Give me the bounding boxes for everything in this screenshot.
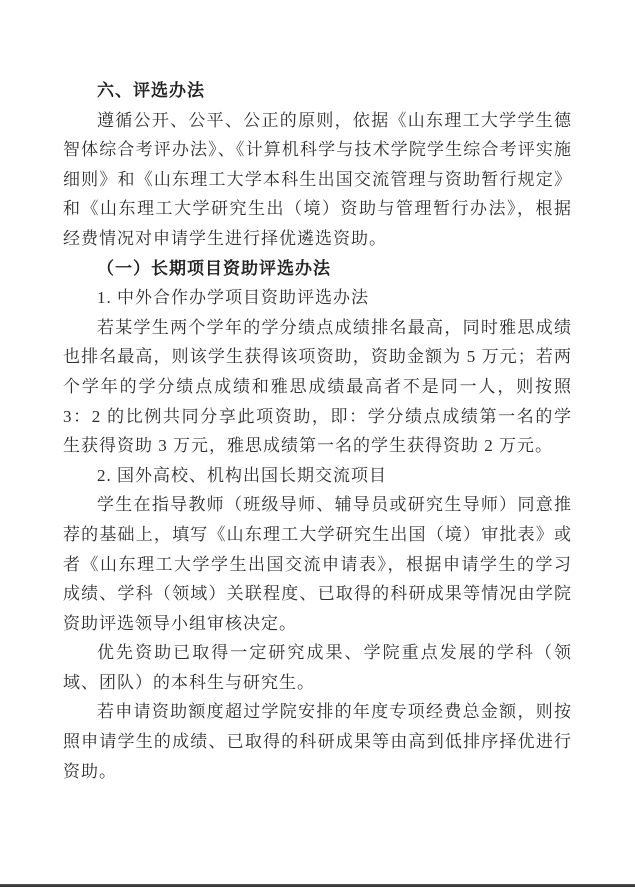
paragraph-application-procedure: 学生在指导教师（班级导师、辅导员或研究生导师）同意推荐的基础上，填写《山东理工大… <box>63 490 572 638</box>
section-heading: 六、评选办法 <box>63 76 572 106</box>
paragraph-budget-limit-ranking: 若申请资助额度超过学院安排的年度专项经费总金额，则按照申请学生的成绩、已取得的科… <box>63 697 572 786</box>
paragraph-gpa-ielts-rules: 若某学生两个学年的学分绩点成绩排名最高，同时雅思成绩也排名最高，则该学生获得该项… <box>63 313 572 461</box>
document-page: 六、评选办法 遵循公开、公平、公正的原则，依据《山东理工大学学生德智体综合考评办… <box>0 0 635 889</box>
paragraph-basis: 遵循公开、公平、公正的原则，依据《山东理工大学学生德智体综合考评办法》、《计算机… <box>63 106 572 254</box>
sub-heading-long-term-projects: （一）长期项目资助评选办法 <box>63 254 572 284</box>
page-scan-bottom-edge <box>0 884 635 887</box>
item-1-heading-sino-foreign-program: 1. 中外合作办学项目资助评选办法 <box>63 283 572 313</box>
item-2-heading-overseas-exchange-program: 2. 国外高校、机构出国长期交流项目 <box>63 461 572 491</box>
paragraph-priority-funding: 优先资助已取得一定研究成果、学院重点发展的学科（领域、团队）的本科生与研究生。 <box>63 638 572 697</box>
document-content: 六、评选办法 遵循公开、公平、公正的原则，依据《山东理工大学学生德智体综合考评办… <box>63 76 572 786</box>
